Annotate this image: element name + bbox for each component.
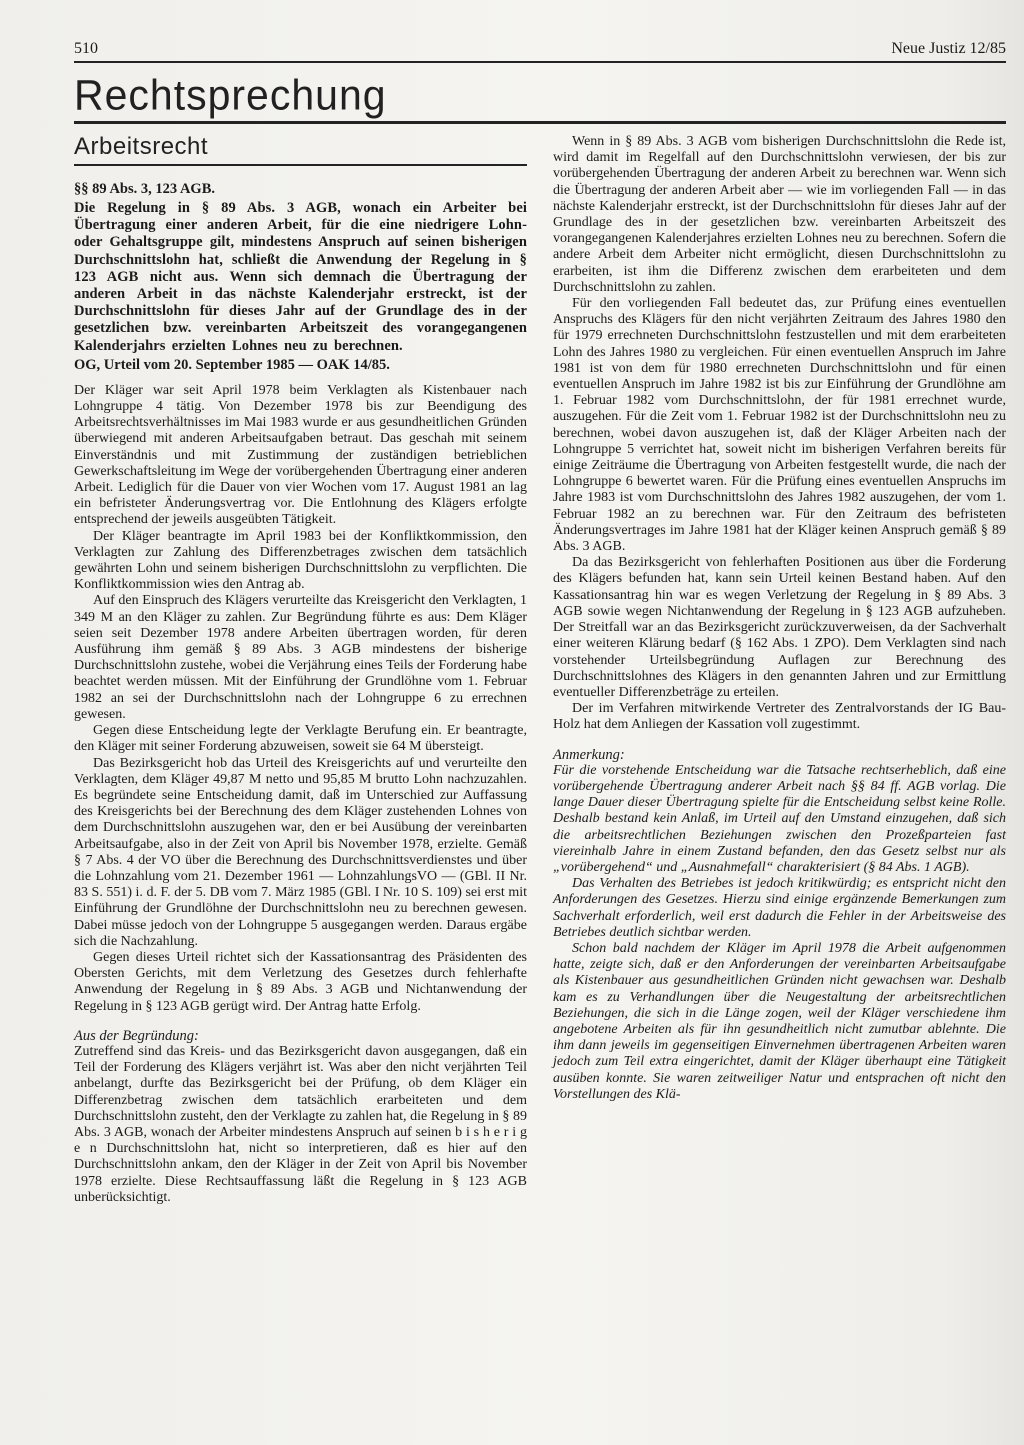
decision-paragraph: Wenn in § 89 Abs. 3 AGB vom bisherigen D…: [553, 134, 1006, 296]
decision-paragraph: Da das Bezirksgericht von fehlerhaften P…: [553, 555, 1006, 701]
case-citation: OG, Urteil vom 20. September 1985 — OAK …: [74, 357, 527, 374]
subsection-title: Arbeitsrecht: [74, 133, 527, 160]
facts-paragraph: Gegen diese Entscheidung legte der Verkl…: [74, 723, 527, 755]
section-rule: [74, 121, 1006, 124]
note-paragraph: Für die vorstehende Entscheidung war die…: [553, 763, 1006, 876]
journal-title: Neue Justiz 12/85: [891, 40, 1006, 58]
page-number: 510: [74, 40, 98, 58]
right-column: Wenn in § 89 Abs. 3 AGB vom bisherigen D…: [553, 129, 1006, 1206]
reasons-paragraph: Zutreffend sind das Kreis- und das Bezir…: [74, 1044, 527, 1206]
masthead-rule: [74, 61, 1006, 63]
facts-paragraph: Das Bezirksgericht hob das Urteil des Kr…: [74, 756, 527, 950]
reasons-heading: Aus der Begründung:: [74, 1028, 527, 1044]
headnote: Die Regelung in § 89 Abs. 3 AGB, wonach …: [74, 200, 527, 355]
decision-paragraph: Für den vorliegenden Fall bedeutet das, …: [553, 296, 1006, 555]
journal-page: 510 Neue Justiz 12/85 Rechtsprechung Arb…: [0, 0, 1024, 1445]
note-paragraph: Das Verhalten des Betriebes ist jedoch k…: [553, 876, 1006, 941]
note-paragraph: Schon bald nachdem der Kläger im April 1…: [553, 941, 1006, 1103]
section-title: Rechtsprechung: [74, 72, 1006, 118]
masthead: 510 Neue Justiz 12/85: [74, 40, 1006, 58]
left-column: Arbeitsrecht §§ 89 Abs. 3, 123 AGB. Die …: [74, 129, 527, 1206]
two-column-body: Arbeitsrecht §§ 89 Abs. 3, 123 AGB. Die …: [74, 129, 1006, 1206]
decision-paragraph: Der im Verfahren mitwirkende Vertreter d…: [553, 701, 1006, 733]
facts-paragraph: Gegen dieses Urteil richtet sich der Kas…: [74, 950, 527, 1015]
statute-reference: §§ 89 Abs. 3, 123 AGB.: [74, 181, 527, 198]
note-heading: Anmerkung:: [553, 747, 1006, 763]
facts-paragraph: Der Kläger war seit April 1978 beim Verk…: [74, 383, 527, 529]
subsection-rule: [74, 164, 527, 166]
facts-paragraph: Auf den Einspruch des Klägers verurteilt…: [74, 593, 527, 723]
facts-paragraph: Der Kläger beantragte im April 1983 bei …: [74, 529, 527, 594]
